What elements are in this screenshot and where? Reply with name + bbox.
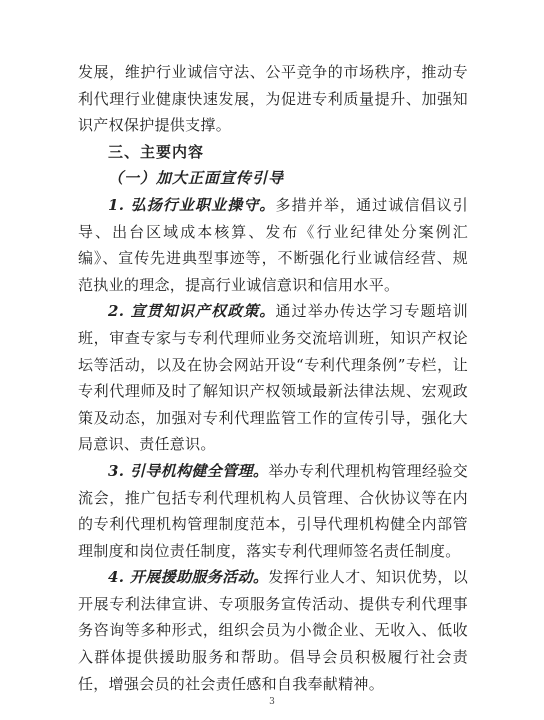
section-heading: 三、主要内容 — [78, 139, 468, 166]
subsection-heading: （一）加大正面宣传引导 — [78, 165, 468, 192]
document-page: 发展，维护行业诚信守法、公平竞争的市场秩序，推动专利代理行业健康快速发展，为促进… — [0, 0, 544, 720]
paragraph-3: 3. 引导机构健全管理。举办专利代理机构管理经验交流会，推广包括专利代理机构人员… — [78, 458, 468, 564]
paragraph-4-lead: 4. 开展援助服务活动。 — [108, 568, 268, 586]
intro-continuation-paragraph: 发展，维护行业诚信守法、公平竞争的市场秩序，推动专利代理行业健康快速发展，为促进… — [78, 59, 468, 139]
paragraph-1: 1. 弘扬行业职业操守。多措并举，通过诚信倡议引导、出台区域成本核算、发布《行业… — [78, 192, 468, 298]
paragraph-2: 2. 宣贯知识产权政策。通过举办传达学习专题培训班，审查专家与专利代理师业务交流… — [78, 298, 468, 458]
document-content: 发展，维护行业诚信守法、公平竞争的市场秩序，推动专利代理行业健康快速发展，为促进… — [78, 59, 468, 697]
paragraph-4-body: 发挥行业人才、知识优势，以开展专利法律宣讲、专项服务宣传活动、提供专利代理事务咨… — [78, 568, 468, 692]
paragraph-2-lead: 2. 宣贯知识产权政策。 — [108, 302, 276, 320]
paragraph-2-body: 通过举办传达学习专题培训班，审查专家与专利代理师业务交流培训班，知识产权论坛等活… — [78, 302, 468, 453]
paragraph-3-lead: 3. 引导机构健全管理。 — [108, 462, 268, 480]
page-number: 3 — [0, 697, 544, 707]
paragraph-1-lead: 1. 弘扬行业职业操守。 — [108, 196, 276, 214]
paragraph-4: 4. 开展援助服务活动。发挥行业人才、知识优势，以开展专利法律宣讲、专项服务宣传… — [78, 564, 468, 697]
